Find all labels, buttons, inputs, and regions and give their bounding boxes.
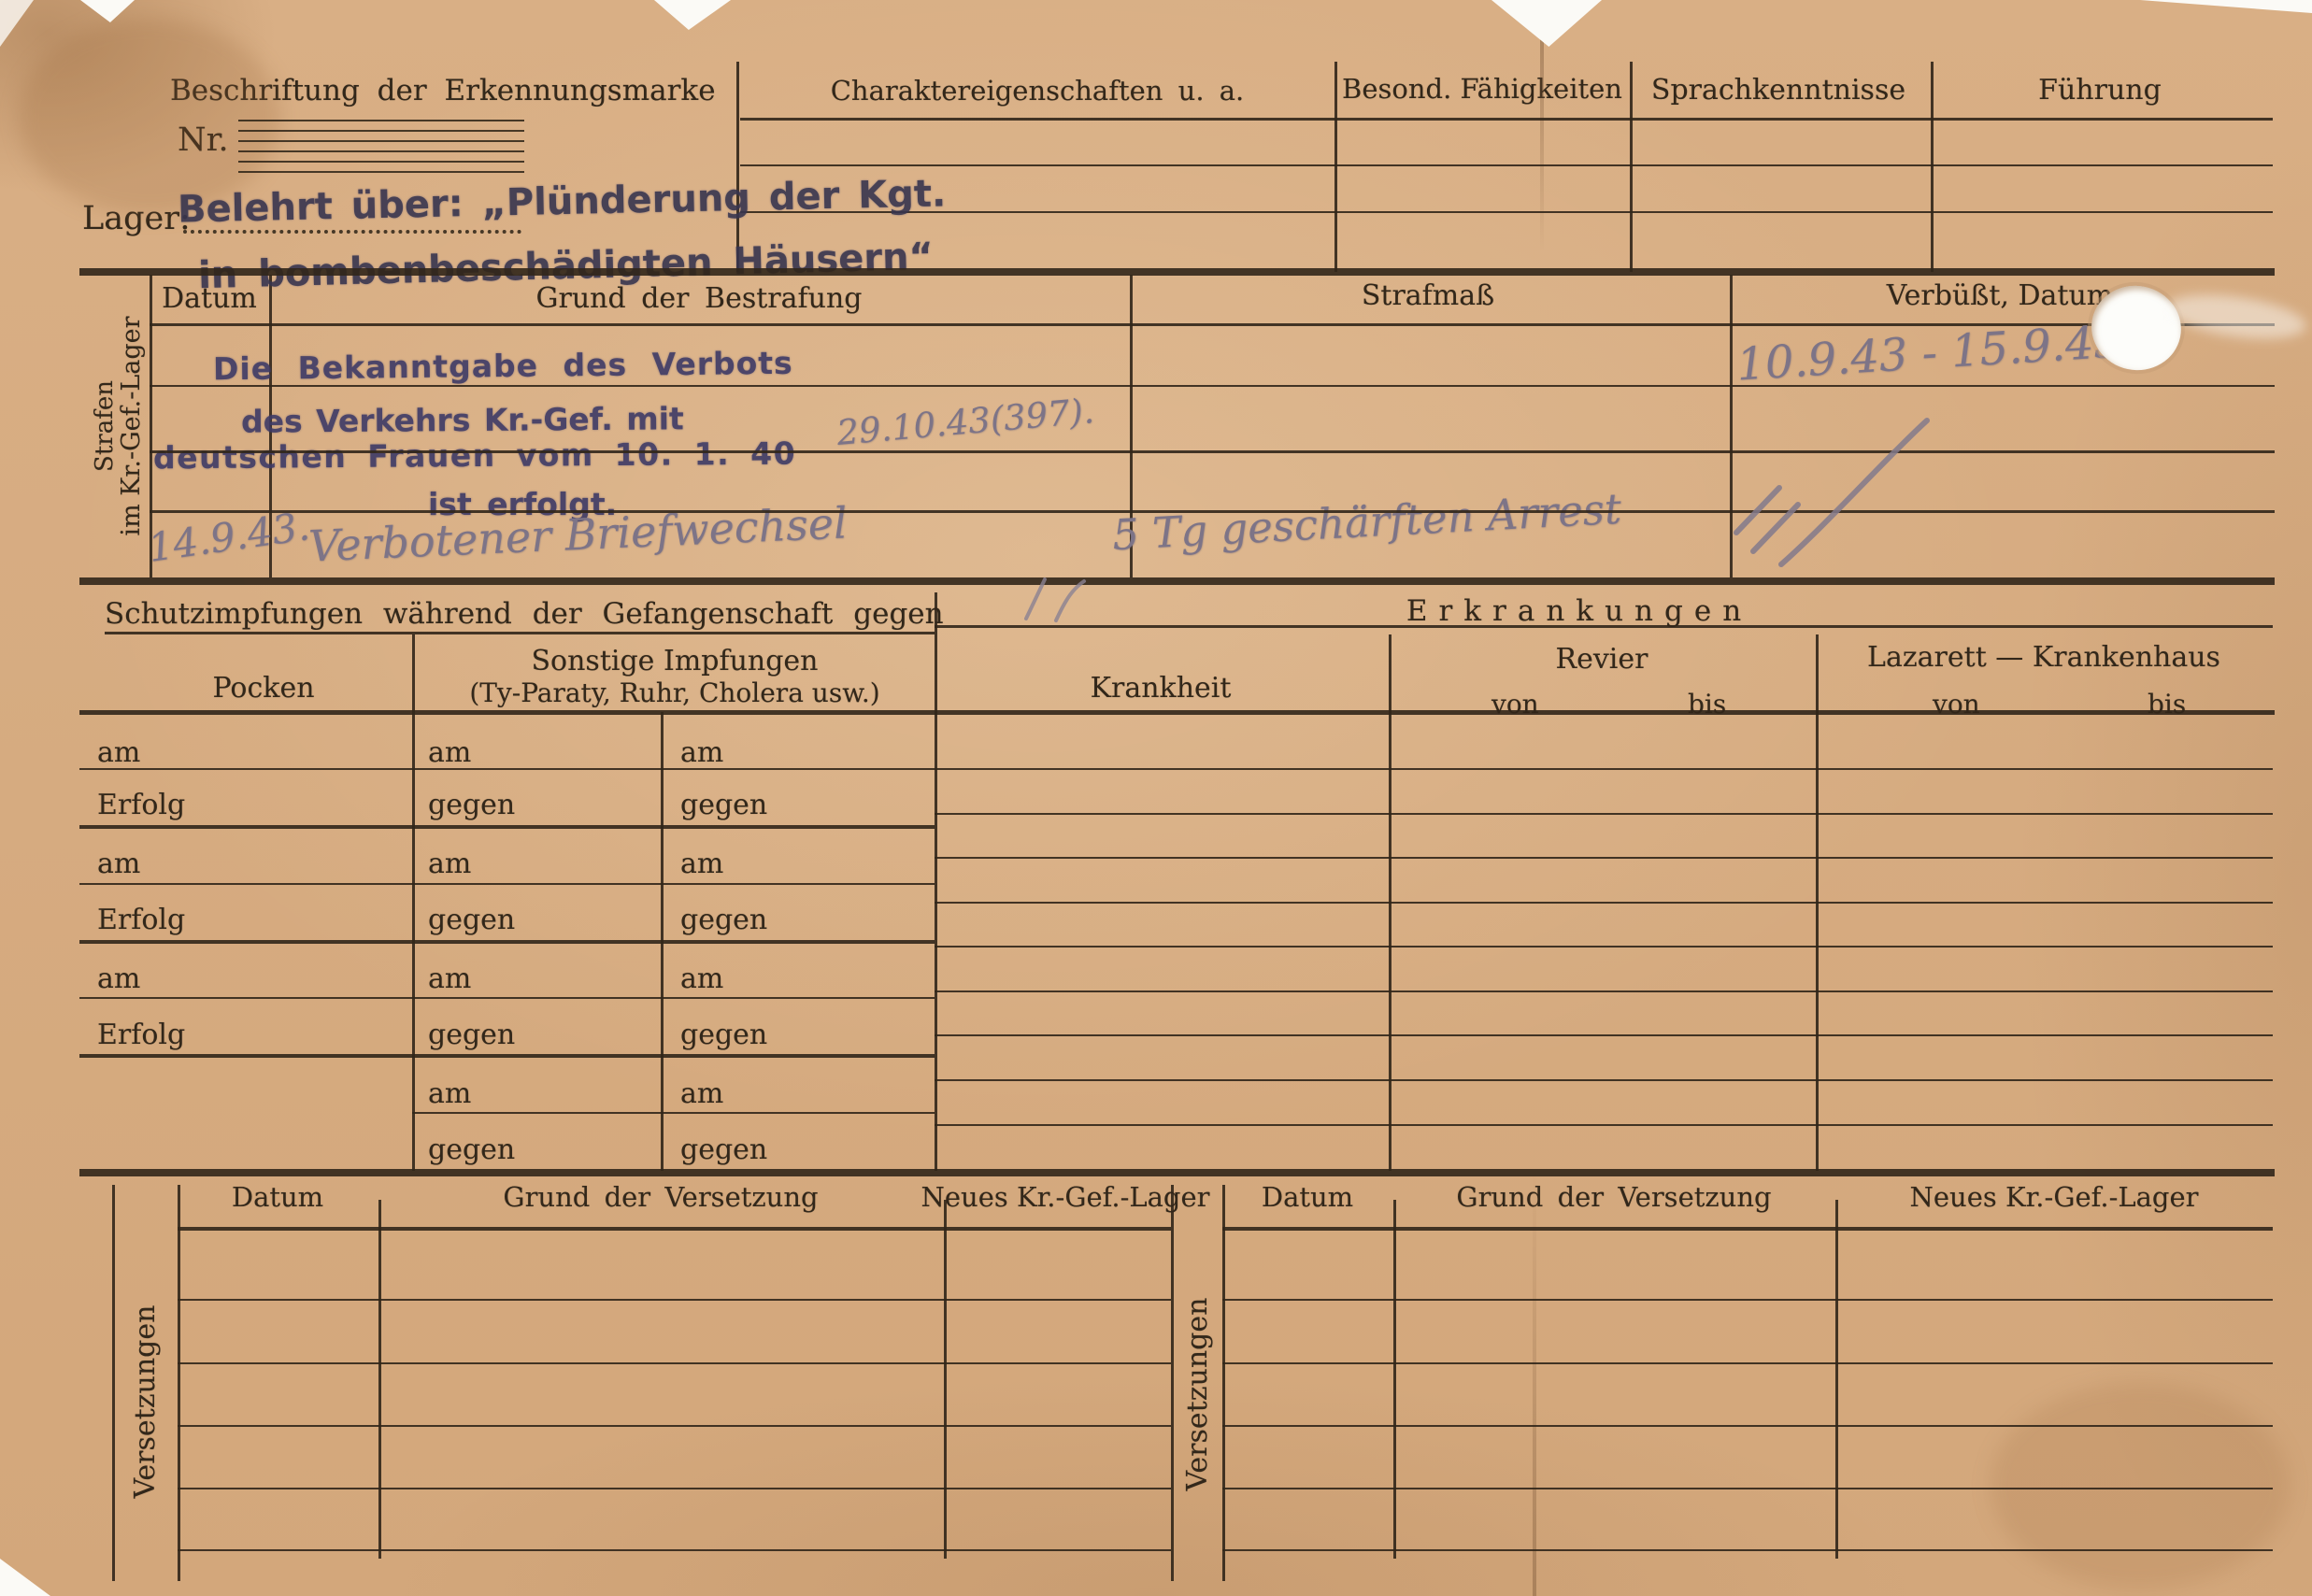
row-rule [79,768,935,770]
row-rule [1222,1488,2273,1489]
column-divider [1393,1200,1396,1559]
belehrt-stamp-line1: Belehrt über: „Plünderung der Kgt. [178,172,947,231]
column-header-fuehrung: Führung [2038,75,2162,106]
grid-cell: gegen [680,1019,767,1050]
grid-cell: Erfolg [97,1019,185,1050]
row-rule [935,768,2273,770]
row-rule [79,1054,935,1058]
table-rule [740,211,2273,213]
grid-cell: am [428,737,471,768]
erkrankungen-col-revier: Revier [1556,644,1648,675]
revier-bis-label: bis [1688,691,1726,720]
versetzung2-header-grund: Grund der Versetzung [1456,1183,1771,1213]
lazarett-von-label: von [1933,691,1980,720]
handwriting-strafmass: 5 Tg geschärften Arrest [1111,484,1622,560]
nr-write-lines [238,120,524,174]
column-header-sprachkenntnisse: Sprachkenntnisse [1651,75,1905,106]
pow-record-card: Beschriftung der Erkennungsmarke Nr. Lag… [0,0,2312,1596]
strafen-side-label: Strafen im Kr.-Gef.-Lager [89,272,149,580]
versetzung2-header-datum: Datum [1262,1183,1353,1213]
verbot-stamp-line2: des Verkehrs Kr.-Gef. mit [241,400,684,439]
column-divider [944,1200,947,1559]
strafen-side-label-line1: Strafen [92,380,119,472]
row-rule [178,1299,1171,1301]
column-divider [1334,62,1337,272]
edge-tear [654,0,731,30]
grid-cell: am [680,963,723,994]
versetzungen-side-label-left: Versetzungen [119,1247,171,1556]
table-rule [935,625,2273,628]
grid-cell: am [97,848,140,879]
grid-cell: am [680,848,723,879]
row-rule [79,997,935,999]
impfungen-col-sonstige: Sonstige Impfungen [531,646,818,677]
row-rule [178,1488,1171,1489]
row-rule [935,1124,2273,1126]
row-rule [935,813,2273,815]
table-rule [1222,1227,2273,1231]
row-rule [79,883,935,885]
verbot-stamp-line1: Die Bekanntgabe des Verbots [213,345,793,387]
grid-cell: gegen [680,905,767,935]
row-rule [935,902,2273,904]
table-rule [105,632,935,634]
edge-tear [1491,0,1602,47]
grid-cell: gegen [680,1134,767,1165]
column-divider [1630,62,1633,272]
grid-cell: Erfolg [97,790,185,820]
impfungen-col-pocken: Pocken [212,673,314,704]
row-rule [935,857,2273,859]
row-rule [935,946,2273,948]
row-rule [178,1362,1171,1364]
column-header-charakter: Charaktereigenschaften u. a. [831,77,1245,107]
row-rule [178,1549,1171,1551]
grid-cell: gegen [428,1134,515,1165]
strafen-side-label-line2: im Kr.-Gef.-Lager [118,316,146,535]
paper-stain [19,19,280,215]
strafen-header-verbuesst: Verbüßt, Datum [1887,280,2113,311]
row-rule [79,940,935,944]
handwriting-datum: 14.9.43. [145,503,312,571]
edge-tear [0,1559,50,1596]
section-divider [935,592,937,1171]
table-border [112,1185,115,1581]
grid-cell: gegen [428,1019,515,1050]
row-rule [1222,1425,2273,1427]
section-rule-top [79,268,2275,276]
strafen-header-strafmass: Strafmaß [1362,280,1494,311]
handwriting-grund: Verbotener Briefwechsel [307,497,849,571]
versetzung1-header-datum: Datum [232,1183,323,1213]
pencil-checkmark [1727,409,1942,577]
row-rule [935,990,2273,992]
grid-cell: gegen [428,790,515,820]
hole-tear-smear [2164,288,2308,346]
grid-cell: Erfolg [97,905,185,935]
impfungen-col-sonstige-sub: (Ty-Paraty, Ruhr, Cholera usw.) [469,679,879,708]
section-rule-bottom [79,577,2275,585]
table-border [178,1185,180,1581]
pencil-scribble [1019,572,1093,628]
strafen-header-grund: Grund der Bestrafung [536,283,863,314]
handwriting-verbuesst: 10.9.43 - 15.9.43 [1735,315,2124,391]
versetzung1-header-lager: Neues Kr.-Gef.-Lager [921,1183,1209,1213]
table-rule [150,450,2275,453]
column-header-faehigkeiten: Besond. Fähigkeiten [1342,75,1622,105]
table-rule [79,710,2275,715]
column-divider [1931,62,1934,272]
column-divider [1835,1200,1838,1559]
row-rule [412,1112,935,1114]
grid-cell: am [428,963,471,994]
grid-cell: am [428,1078,471,1109]
lazarett-bis-label: bis [2148,691,2186,720]
table-rule [740,164,2273,166]
paper-crease [1533,1173,1536,1596]
row-rule [935,1034,2273,1036]
section-rule-bottom [79,1169,2275,1176]
table-rule [150,510,2275,513]
table-rule [150,385,2275,387]
paper-stain [1991,1383,2290,1589]
table-rule [178,1227,1171,1231]
versetzung1-header-grund: Grund der Versetzung [503,1183,818,1213]
edge-tear [2140,0,2312,13]
grid-cell: am [680,737,723,768]
verbot-stamp-line3: deutschen Frauen vom 10. 1. 40 [153,435,796,477]
handwriting-stamp-date: 29.10.43(397). [835,391,1096,453]
erkrankungen-section-title: Erkrankungen [1406,595,1752,627]
erkrankungen-col-lazarett: Lazarett — Krankenhaus [1867,642,2220,673]
impfungen-section-title: Schutzimpfungen während der Gefangenscha… [105,598,944,630]
row-rule [79,825,935,829]
grid-cell: gegen [428,905,515,935]
column-divider [412,634,415,1171]
row-rule [1222,1299,2273,1301]
erkrankungen-col-krankheit: Krankheit [1091,673,1232,704]
grid-cell: am [97,963,140,994]
grid-cell: am [428,848,471,879]
versetzungen-side-label-text: Versetzungen [1182,1298,1213,1491]
versetzungen-side-label-right: Versetzungen [1172,1254,1222,1534]
row-rule [1222,1549,2273,1551]
revier-von-label: von [1491,691,1539,720]
edge-tear [80,0,135,22]
grid-cell: am [97,737,140,768]
table-rule [740,118,2273,121]
versetzungen-side-label-text: Versetzungen [130,1305,161,1499]
column-divider [378,1200,381,1559]
row-rule [178,1425,1171,1427]
table-border [1222,1185,1225,1581]
edge-tear [0,0,34,47]
grid-cell: gegen [680,790,767,820]
versetzung2-header-lager: Neues Kr.-Gef.-Lager [1909,1183,2198,1213]
row-rule [935,1079,2273,1081]
row-rule [1222,1362,2273,1364]
grid-cell: am [680,1078,723,1109]
